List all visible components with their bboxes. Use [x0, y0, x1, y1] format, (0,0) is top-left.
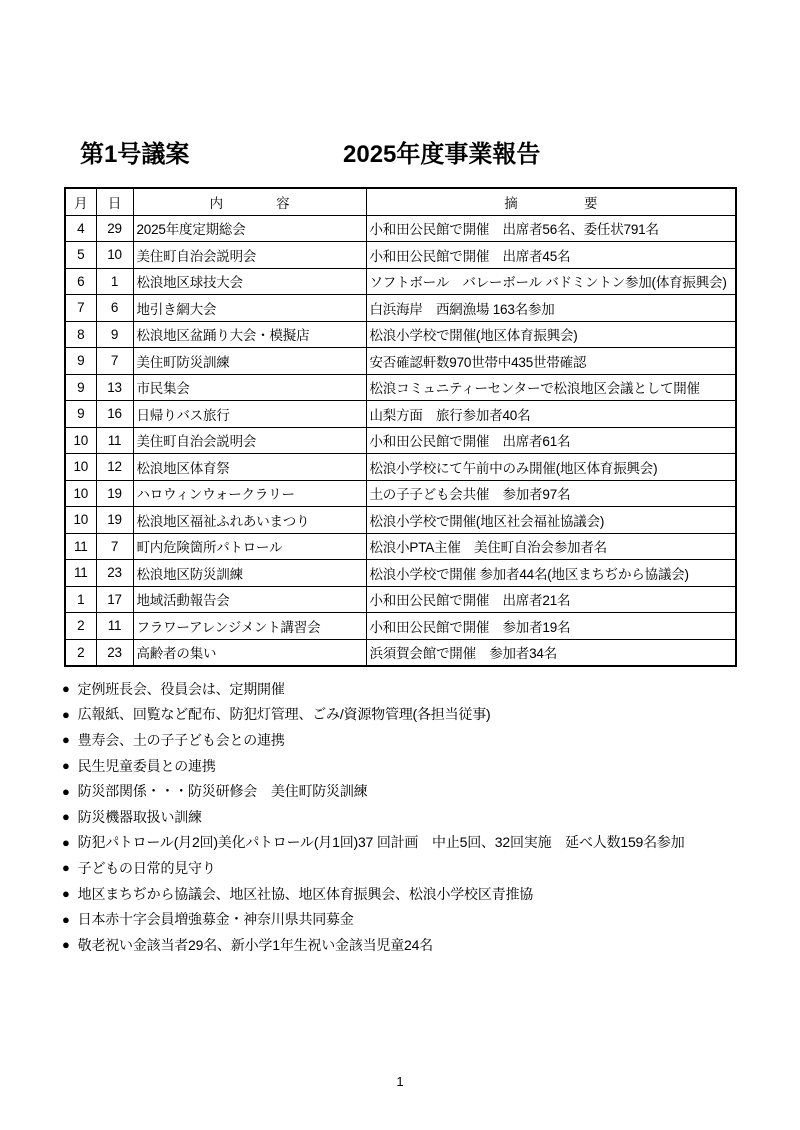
- note-text: 日本赤十字会員増強募金・神奈川県共同募金: [78, 909, 354, 929]
- month-cell: 9: [65, 374, 96, 401]
- note-item: ●防災部関係・・・防災研修会 美住町防災訓練: [62, 778, 762, 804]
- note-item: ●防災機器取扱い訓練: [62, 804, 762, 830]
- page-number: 1: [0, 1074, 800, 1089]
- content-cell: ハロウィンウォークラリー: [133, 480, 366, 507]
- col-header-summary: 摘 要: [366, 188, 736, 215]
- day-cell: 23: [96, 560, 133, 587]
- note-text: 子どもの日常的見守り: [78, 858, 216, 878]
- events-table-header: 月 日 内 容 摘 要: [65, 188, 736, 215]
- note-text: 防災部関係・・・防災研修会 美住町防災訓練: [78, 781, 368, 801]
- summary-cell: ソフトボール バレーボール バドミントン参加(体育振興会): [366, 268, 736, 295]
- proposal-number-title: 第1号議案: [80, 141, 189, 169]
- summary-cell: 小和田公民館で開催 出席者45名: [366, 242, 736, 269]
- summary-cell: 松浪小PTA主催 美住町自治会参加者名: [366, 533, 736, 560]
- content-cell: 松浪地区体育祭: [133, 454, 366, 481]
- day-cell: 11: [96, 613, 133, 640]
- content-cell: 高齢者の集い: [133, 639, 366, 666]
- summary-cell: 土の子子ども会共催 参加者97名: [366, 480, 736, 507]
- month-cell: 11: [65, 533, 96, 560]
- summary-cell: 松浪小学校で開催(地区体育振興会): [366, 321, 736, 348]
- table-row: 1019松浪地区福祉ふれあいまつり松浪小学校で開催(地区社会福祉協議会): [65, 507, 736, 534]
- day-cell: 13: [96, 374, 133, 401]
- summary-cell: 山梨方面 旅行参加者40名: [366, 401, 736, 428]
- events-table-body: 4292025年度定期総会小和田公民館で開催 出席者56名、委任状791名510…: [65, 215, 736, 666]
- bullet-icon: ●: [62, 836, 70, 849]
- note-text: 防犯パトロール(月2回)美化パトロール(月1回)37 回計画 中止5回、32回実…: [78, 832, 685, 852]
- note-text: 定例班長会、役員会は、定期開催: [78, 679, 285, 699]
- day-cell: 6: [96, 295, 133, 322]
- summary-cell: 浜須賀会館で開催 参加者34名: [366, 639, 736, 666]
- note-text: 地区まちぢから協議会、地区社協、地区体育振興会、松浪小学校区青推協: [78, 884, 533, 904]
- table-row: 97美住町防災訓練安否確認軒数970世帯中435世帯確認: [65, 348, 736, 375]
- summary-cell: 白浜海岸 西網漁場 163名参加: [366, 295, 736, 322]
- bullet-icon: ●: [62, 810, 70, 823]
- table-row: 211フラワーアレンジメント講習会小和田公民館で開催 参加者19名: [65, 613, 736, 640]
- table-row: 117地域活動報告会小和田公民館で開催 出席者21名: [65, 586, 736, 613]
- table-row: 1011美住町自治会説明会小和田公民館で開催 出席者61名: [65, 427, 736, 454]
- content-cell: 地域活動報告会: [133, 586, 366, 613]
- month-cell: 7: [65, 295, 96, 322]
- month-cell: 4: [65, 215, 96, 242]
- summary-cell: 松浪小学校で開催 参加者44名(地区まちぢから協議会): [366, 560, 736, 587]
- note-text: 豊寿会、土の子子ども会との連携: [78, 730, 285, 750]
- month-cell: 2: [65, 613, 96, 640]
- bullet-icon: ●: [62, 682, 70, 695]
- content-cell: 松浪地区盆踊り大会・模擬店: [133, 321, 366, 348]
- col-header-month: 月: [65, 188, 96, 215]
- note-item: ●敬老祝い金該当者29名、新小学1年生祝い金該当児童24名: [62, 932, 762, 958]
- note-item: ●子どもの日常的見守り: [62, 855, 762, 881]
- day-cell: 10: [96, 242, 133, 269]
- content-cell: 日帰りバス旅行: [133, 401, 366, 428]
- day-cell: 29: [96, 215, 133, 242]
- day-cell: 17: [96, 586, 133, 613]
- notes-list: ●定例班長会、役員会は、定期開催●広報紙、回覧など配布、防犯灯管理、ごみ/資源物…: [62, 676, 762, 958]
- content-cell: 町内危険箇所パトロール: [133, 533, 366, 560]
- bullet-icon: ●: [62, 708, 70, 721]
- header-row: 月 日 内 容 摘 要: [65, 188, 736, 215]
- note-item: ●広報紙、回覧など配布、防犯灯管理、ごみ/資源物管理(各担当従事): [62, 702, 762, 728]
- note-item: ●定例班長会、役員会は、定期開催: [62, 676, 762, 702]
- table-row: 117町内危険箇所パトロール松浪小PTA主催 美住町自治会参加者名: [65, 533, 736, 560]
- table-row: 76地引き網大会白浜海岸 西網漁場 163名参加: [65, 295, 736, 322]
- summary-cell: 安否確認軒数970世帯中435世帯確認: [366, 348, 736, 375]
- table-row: 89松浪地区盆踊り大会・模擬店松浪小学校で開催(地区体育振興会): [65, 321, 736, 348]
- day-cell: 12: [96, 454, 133, 481]
- content-cell: 2025年度定期総会: [133, 215, 366, 242]
- month-cell: 2: [65, 639, 96, 666]
- table-row: 1012松浪地区体育祭松浪小学校にて午前中のみ開催(地区体育振興会): [65, 454, 736, 481]
- table-row: 4292025年度定期総会小和田公民館で開催 出席者56名、委任状791名: [65, 215, 736, 242]
- table-row: 510美住町自治会説明会小和田公民館で開催 出席者45名: [65, 242, 736, 269]
- note-text: 広報紙、回覧など配布、防犯灯管理、ごみ/資源物管理(各担当従事): [78, 704, 491, 724]
- note-item: ●民生児童委員との連携: [62, 753, 762, 779]
- month-cell: 9: [65, 348, 96, 375]
- content-cell: 松浪地区福祉ふれあいまつり: [133, 507, 366, 534]
- month-cell: 11: [65, 560, 96, 587]
- day-cell: 23: [96, 639, 133, 666]
- month-cell: 5: [65, 242, 96, 269]
- day-cell: 9: [96, 321, 133, 348]
- day-cell: 7: [96, 533, 133, 560]
- summary-cell: 松浪小学校で開催(地区社会福祉協議会): [366, 507, 736, 534]
- month-cell: 9: [65, 401, 96, 428]
- table-row: 916日帰りバス旅行山梨方面 旅行参加者40名: [65, 401, 736, 428]
- day-cell: 11: [96, 427, 133, 454]
- note-item: ●地区まちぢから協議会、地区社協、地区体育振興会、松浪小学校区青推協: [62, 881, 762, 907]
- bullet-icon: ●: [62, 861, 70, 874]
- month-cell: 6: [65, 268, 96, 295]
- table-row: 223高齢者の集い浜須賀会館で開催 参加者34名: [65, 639, 736, 666]
- content-cell: 美住町自治会説明会: [133, 427, 366, 454]
- note-item: ●防犯パトロール(月2回)美化パトロール(月1回)37 回計画 中止5回、32回…: [62, 830, 762, 856]
- month-cell: 10: [65, 480, 96, 507]
- month-cell: 10: [65, 427, 96, 454]
- month-cell: 10: [65, 454, 96, 481]
- summary-cell: 小和田公民館で開催 参加者19名: [366, 613, 736, 640]
- table-row: 61松浪地区球技大会ソフトボール バレーボール バドミントン参加(体育振興会): [65, 268, 736, 295]
- summary-cell: 小和田公民館で開催 出席者56名、委任状791名: [366, 215, 736, 242]
- report-title: 2025年度事業報告: [343, 141, 540, 169]
- month-cell: 1: [65, 586, 96, 613]
- bullet-icon: ●: [62, 887, 70, 900]
- bullet-icon: ●: [62, 785, 70, 798]
- summary-cell: 松浪コミュニティーセンターで松浪地区会議として開催: [366, 374, 736, 401]
- day-cell: 16: [96, 401, 133, 428]
- document-page: 第1号議案 2025年度事業報告 月 日 内 容 摘 要 4292025年度定期…: [0, 0, 800, 1130]
- col-header-content: 内 容: [133, 188, 366, 215]
- day-cell: 7: [96, 348, 133, 375]
- day-cell: 1: [96, 268, 133, 295]
- content-cell: フラワーアレンジメント講習会: [133, 613, 366, 640]
- table-row: 913市民集会松浪コミュニティーセンターで松浪地区会議として開催: [65, 374, 736, 401]
- note-item: ●豊寿会、土の子子ども会との連携: [62, 727, 762, 753]
- content-cell: 美住町自治会説明会: [133, 242, 366, 269]
- table-row: 1123松浪地区防災訓練松浪小学校で開催 参加者44名(地区まちぢから協議会): [65, 560, 736, 587]
- day-cell: 19: [96, 507, 133, 534]
- note-text: 民生児童委員との連携: [78, 756, 216, 776]
- note-text: 敬老祝い金該当者29名、新小学1年生祝い金該当児童24名: [78, 935, 433, 955]
- note-item: ●日本赤十字会員増強募金・神奈川県共同募金: [62, 906, 762, 932]
- content-cell: 松浪地区球技大会: [133, 268, 366, 295]
- events-table: 月 日 内 容 摘 要 4292025年度定期総会小和田公民館で開催 出席者56…: [64, 187, 737, 667]
- summary-cell: 小和田公民館で開催 出席者61名: [366, 427, 736, 454]
- bullet-icon: ●: [62, 759, 70, 772]
- summary-cell: 松浪小学校にて午前中のみ開催(地区体育振興会): [366, 454, 736, 481]
- day-cell: 19: [96, 480, 133, 507]
- note-text: 防災機器取扱い訓練: [78, 807, 202, 827]
- bullet-icon: ●: [62, 913, 70, 926]
- month-cell: 8: [65, 321, 96, 348]
- bullet-icon: ●: [62, 733, 70, 746]
- col-header-day: 日: [96, 188, 133, 215]
- content-cell: 美住町防災訓練: [133, 348, 366, 375]
- month-cell: 10: [65, 507, 96, 534]
- content-cell: 市民集会: [133, 374, 366, 401]
- content-cell: 地引き網大会: [133, 295, 366, 322]
- bullet-icon: ●: [62, 938, 70, 951]
- table-row: 1019ハロウィンウォークラリー土の子子ども会共催 参加者97名: [65, 480, 736, 507]
- summary-cell: 小和田公民館で開催 出席者21名: [366, 586, 736, 613]
- content-cell: 松浪地区防災訓練: [133, 560, 366, 587]
